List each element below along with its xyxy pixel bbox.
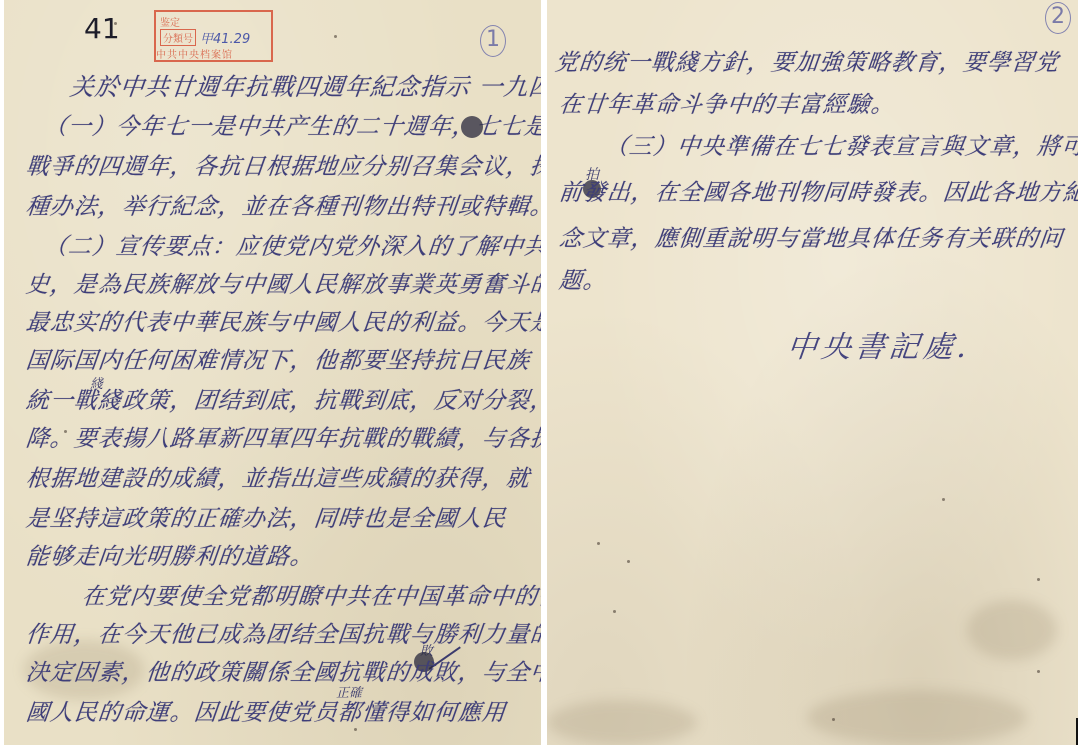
edge-mark [1076,718,1078,745]
paper-speck [354,728,357,731]
paper-speck [597,542,600,545]
paper-stain [967,600,1057,660]
paper-speck [627,560,630,563]
paper-speck [832,718,835,721]
left-document-page: 41 鉴定 分類号 甲41.29 中共中央档案馆 1 关於中共廿週年抗戰四週年紀… [4,0,541,745]
stamp-archive-name: 中共中央档案馆 [156,46,233,61]
text-line: 根据地建設的成績，並指出這些成績的获得，就 [24,464,531,494]
text-line: （三）中央準備在七七發表宣言與文章，將可能於七七 [603,132,1078,162]
text-line: 降。要表揚八路軍新四軍四年抗戰的戰績，与各抗日 [24,424,541,454]
text-line: 史，是為民族解放与中國人民解放事業英勇奮斗的历史。他 [24,270,541,300]
text-line: 党的统一戰綫方針，要加強策略教育，要學習党 [553,48,1060,78]
text-line: 是坚持這政策的正確办法，同時也是全國人民 [24,504,507,534]
stamp-catalog-number: 甲41.29 [200,28,250,47]
text-line: 在党内要使全党都明瞭中共在中国革命中的偉大 [80,582,541,612]
text-line: 在廿年革命斗争中的丰富經驗。 [557,90,896,120]
text-line: 题。 [557,266,608,296]
archive-page-number: 41 [84,12,120,45]
right-document-page: 2 党的统一戰綫方針，要加強策略教育，要學習党 在廿年革命斗争中的丰富經驗。 （… [547,0,1078,745]
signature-central-secretariat: 中央書記處. [785,330,972,366]
text-line: 種办法，举行紀念，並在各種刊物出特刊或特輯。 [24,192,541,222]
stamp-label-classification: 分類号 [160,29,196,46]
text-line: 戰爭的四週年，各抗日根据地应分别召集会议，採取各 [24,152,541,182]
folio-number-circled: 2 [1045,2,1071,34]
paper-speck [942,498,945,501]
text-line: 最忠实的代表中華民族与中國人民的利益。今天是这在 [24,308,541,338]
text-line: 前發出，在全國各地刊物同時發表。因此各地方紀 [557,178,1078,208]
folio-number-circled: 1 [480,25,506,57]
stamp-label-appraisal: 鉴定 [160,14,180,29]
text-line: 統一戰綫政策，团结到底，抗戰到底，反对分裂，反对投 [24,386,541,416]
text-line: 決定因素，他的政策關係全國抗戰的成敗，与全中 [24,658,541,688]
paper-speck [613,610,616,613]
paper-stain [547,700,697,745]
paper-stain [807,690,1027,745]
text-line: 国际国内任何困难情况下，他都要坚持抗日民族 [24,346,531,376]
text-line: 作用，在今天他已成為团结全国抗戰与勝利力量的 [24,620,541,650]
text-line: （二）宣传要点：应使党内党外深入的了解中共二十年来的历 [42,232,541,262]
paper-speck [1037,578,1040,581]
document-title-line: 关於中共廿週年抗戰四週年紀念指示 一九四一 [68,72,541,102]
text-line: 國人民的命運。因此要使党员都懂得如何應用 [24,698,507,728]
text-line: 念文章，應側重說明与當地具体任务有关联的问 [557,224,1064,254]
ink-blot-mark [461,116,483,138]
paper-speck [334,35,337,38]
text-line: 能够走向光明勝利的道路。 [24,542,315,572]
paper-speck [1037,670,1040,673]
archive-stamp: 鉴定 分類号 甲41.29 中共中央档案馆 [154,10,273,62]
